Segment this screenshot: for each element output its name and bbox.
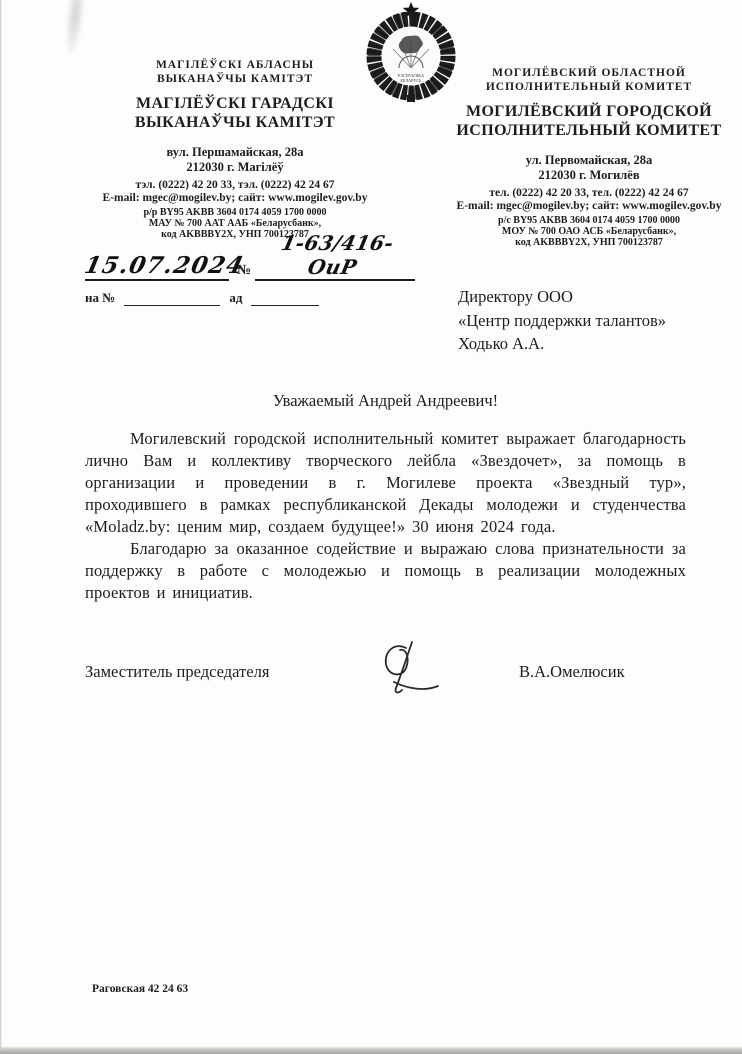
bank-details: р/с BY95 AKBB 3604 0174 4059 1700 0000 М…: [438, 216, 740, 248]
phone-numbers: тэл. (0222) 42 20 33, тэл. (0222) 42 24 …: [84, 179, 386, 192]
letterhead-right-russian: МОГИЛЁВСКИЙ ОБЛАСТНОЙ ИСПОЛНИТЕЛЬНЫЙ КОМ…: [438, 66, 740, 248]
bank-line: МОУ № 700 ОАО АСБ «Беларусбанк»,: [438, 227, 740, 238]
parent-org-line: МАГІЛЁЎСКІ АБЛАСНЫ: [84, 58, 386, 72]
svg-text:БЕЛАРУСЬ: БЕЛАРУСЬ: [400, 78, 422, 83]
executor-contact: Раговская 42 24 63: [92, 983, 188, 995]
address-line: 212030 г. Магілёў: [84, 160, 386, 175]
salutation: Уважаемый Андрей Андреевич!: [85, 391, 686, 411]
addressee-block: Директору ООО «Центр поддержки талантов»…: [458, 285, 723, 356]
email-and-website: E-mail: mgec@mogilev.by; сайт: www.mogil…: [84, 192, 386, 205]
scan-smudge-artifact: [62, 0, 85, 57]
address-line: вул. Першамайская, 28а: [84, 145, 386, 160]
body-paragraph: Могилевский городской исполнительный ком…: [85, 428, 686, 538]
letter-body: Могилевский городской исполнительный ком…: [85, 428, 686, 604]
organization-name: МОГИЛЁВСКИЙ ГОРОДСКОЙ ИСПОЛНИТЕЛЬНЫЙ КОМ…: [438, 102, 740, 140]
handwritten-signature-icon: [372, 638, 462, 705]
parent-org-line: ВЫКАНАЎЧЫ КАМІТЭТ: [84, 72, 386, 86]
parent-organization-name: МОГИЛЁВСКИЙ ОБЛАСТНОЙ ИСПОЛНИТЕЛЬНЫЙ КОМ…: [438, 66, 740, 94]
bank-line: код AKBBBY2X, УНП 700123787: [438, 238, 740, 249]
reply-number-blank: [124, 291, 220, 306]
signer-name: В.А.Омелюсик: [519, 662, 625, 682]
reply-date-blank: [251, 291, 319, 306]
org-line: МОГИЛЁВСКИЙ ГОРОДСКОЙ: [438, 102, 740, 121]
signer-position: Заместитель председателя: [85, 662, 269, 682]
parent-organization-name: МАГІЛЁЎСКІ АБЛАСНЫ ВЫКАНАЎЧЫ КАМІТЭТ: [84, 58, 386, 86]
handwritten-outgoing-number: 1-63/416-ОиР: [255, 231, 415, 281]
body-paragraph: Благодарю за оказанное содействие и выра…: [85, 538, 686, 604]
organization-name: МАГІЛЁЎСКІ ГАРАДСКІ ВЫКАНАЎЧЫ КАМІТЭТ: [84, 94, 386, 132]
handwritten-date: 15.07.2024: [85, 252, 229, 281]
scanned-letter-page: РЭСПУБЛІКА БЕЛАРУСЬ МАГІЛЁЎСКІ АБЛАСНЫ В…: [0, 0, 742, 1054]
reply-reference-row: на № ад: [85, 290, 420, 306]
date-and-number-row: 15.07.2024 № 1-63/416-ОиР: [85, 231, 420, 281]
reply-date-label: ад: [229, 290, 242, 306]
address-line: ул. Первомайская, 28а: [438, 153, 740, 168]
postal-address: ул. Первомайская, 28а 212030 г. Могилёв: [438, 153, 740, 182]
postal-address: вул. Першамайская, 28а 212030 г. Магілёў: [84, 145, 386, 174]
scan-edge-left-artifact: [0, 0, 2, 1054]
addressee-line: Ходько А.А.: [458, 332, 723, 356]
scan-shadow-bottom-artifact: [0, 1046, 742, 1054]
reference-block: 15.07.2024 № 1-63/416-ОиР на № ад: [85, 231, 420, 306]
org-line: ВЫКАНАЎЧЫ КАМІТЭТ: [84, 113, 386, 132]
reply-number-label: на №: [85, 290, 115, 306]
addressee-line: Директору ООО: [458, 285, 723, 309]
phone-numbers: тел. (0222) 42 20 33, тел. (0222) 42 24 …: [438, 187, 740, 200]
letterhead-left-belarusian: МАГІЛЁЎСКІ АБЛАСНЫ ВЫКАНАЎЧЫ КАМІТЭТ МАГ…: [84, 58, 386, 240]
parent-org-line: МОГИЛЁВСКИЙ ОБЛАСТНОЙ: [438, 66, 740, 80]
parent-org-line: ИСПОЛНИТЕЛЬНЫЙ КОМИТЕТ: [438, 80, 740, 94]
addressee-line: «Центр поддержки талантов»: [458, 309, 723, 333]
address-line: 212030 г. Могилёв: [438, 168, 740, 183]
org-line: ИСПОЛНИТЕЛЬНЫЙ КОМИТЕТ: [438, 121, 740, 140]
email-and-website: E-mail: mgec@mogilev.by; сайт: www.mogil…: [438, 200, 740, 213]
bank-line: МАУ № 700 ААТ ААБ «Беларусбанк»,: [84, 219, 386, 230]
org-line: МАГІЛЁЎСКІ ГАРАДСКІ: [84, 94, 386, 113]
